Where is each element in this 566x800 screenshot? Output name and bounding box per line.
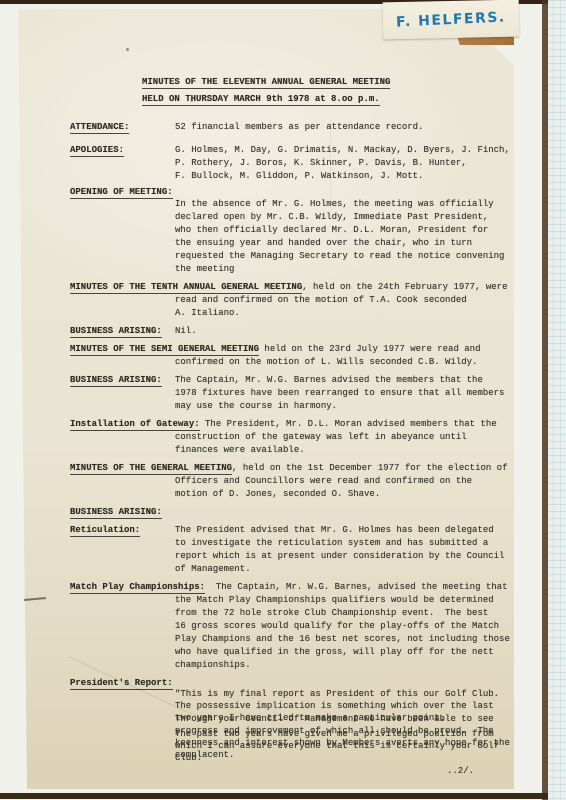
match-play-line: Play Champions and the 16 best net score… xyxy=(175,633,510,646)
apologies-line: F. Bullock, M. Gliddon, P. Watkinson, J.… xyxy=(175,170,423,183)
gateway-lead: Installation of Gateway: The President, … xyxy=(70,418,497,431)
reticulation-label: Reticulation: xyxy=(70,524,140,537)
report-para3-line: complacent. xyxy=(175,749,234,761)
business-arising-2-label: BUSINESS ARISING: xyxy=(70,374,162,387)
match-play-line: championships. xyxy=(175,659,251,672)
scanned-document-page: F. HELFERS. MINUTES OF THE ELEVENTH ANNU… xyxy=(0,0,566,800)
report-para1-line: The possessive implication is something … xyxy=(175,700,494,712)
doc-title-line-2: HELD ON THURSDAY MARCH 9th 1978 at 8.oo … xyxy=(142,93,380,106)
report-para3-line: keenness and interest shown by Members a… xyxy=(175,737,510,749)
apologies-line: P. Rothery, J. Boros, K. Skinner, P. Dav… xyxy=(175,157,467,170)
report-para3-line: progress and improvement of which all sh… xyxy=(175,725,494,737)
handwritten-name-text: F. HELFERS. xyxy=(396,9,506,30)
report-para1-line: "This is my final report as President of… xyxy=(175,688,499,700)
minutes-semi-line: confirmed on the motion of L. Wills seco… xyxy=(175,356,477,369)
scanner-background-strip xyxy=(546,0,566,800)
reticulation-line: report which is at present under conside… xyxy=(175,550,504,563)
match-play-line: from the 72 hole stroke Club Championshi… xyxy=(175,607,488,620)
report-para3-line: Through your Council of Management we ha… xyxy=(175,713,494,725)
minutes-semi-lead: MINUTES OF THE SEMI GENERAL MEETING held… xyxy=(70,343,480,356)
opening-line: declared open by Mr. C.B. Wildy, Immedia… xyxy=(175,211,488,224)
reticulation-line: to investigate the reticulation system a… xyxy=(175,537,488,550)
business-arising-2-line: 1978 fixtures have been rearranged to en… xyxy=(175,387,504,400)
minutes-general-line: Officers and Councillors were read and c… xyxy=(175,475,472,488)
gateway-line: construction of the gateway was left in … xyxy=(175,431,467,444)
opening-line: who then officially declared Mr. D.L. Mo… xyxy=(175,224,488,237)
reticulation-line: The President advised that Mr. G. Holmes… xyxy=(175,524,494,537)
match-play-lead: Match Play Championships: The Captain, M… xyxy=(70,581,507,594)
match-play-line: the Match Play Championships qualifiers … xyxy=(175,594,494,607)
business-arising-2-line: may use the course in harmony. xyxy=(175,400,337,413)
opening-line: In the absence of Mr. G. Holmes, the mee… xyxy=(175,198,494,211)
handwritten-name-label: F. HELFERS. xyxy=(383,0,520,39)
business-arising-2-line: The Captain, Mr. W.G. Barnes advised the… xyxy=(175,374,483,387)
mount-bottom-edge xyxy=(0,793,548,799)
minutes-tenth-line: read and confirmed on the motion of T.A.… xyxy=(175,294,467,307)
minutes-tenth-lead: MINUTES OF THE TENTH ANNUAL GENERAL MEET… xyxy=(70,281,507,294)
match-play-line: 16 gross scores would qualify for the pl… xyxy=(175,620,499,633)
minutes-general-line: motion of D. Jones, seconded O. Shave. xyxy=(175,488,380,501)
business-arising-3-heading: BUSINESS ARISING: xyxy=(70,506,162,519)
attendance-text: 52 financial members as per attendance r… xyxy=(175,121,423,134)
apologies-label: APOLOGIES: xyxy=(70,144,124,157)
minutes-tenth-line: A. Italiano. xyxy=(175,307,240,320)
business-arising-1-text: Nil. xyxy=(175,325,197,338)
minutes-general-lead: MINUTES OF THE GENERAL MEETING, held on … xyxy=(70,462,507,475)
doc-title-line-1: MINUTES OF THE ELEVENTH ANNUAL GENERAL M… xyxy=(142,76,390,89)
opening-line: the meeting xyxy=(175,263,234,276)
reticulation-line: of Management. xyxy=(175,563,251,576)
presidents-report-heading: President's Report: xyxy=(70,677,173,690)
apologies-line: G. Holmes, M. Day, G. Drimatis, N. Macka… xyxy=(175,144,510,157)
match-play-line: who have qualified in the gross, will pl… xyxy=(175,646,494,659)
paper-speck xyxy=(126,48,129,51)
mount-right-edge xyxy=(542,0,548,800)
business-arising-1-label: BUSINESS ARISING: xyxy=(70,325,162,338)
page-number: ..2/. xyxy=(447,765,474,778)
opening-line: requested the Managing Secretary to read… xyxy=(175,250,504,263)
attendance-label: ATTENDANCE: xyxy=(70,121,129,134)
opening-line: the ensuing year and handed over the cha… xyxy=(175,237,472,250)
opening-heading: OPENING OF MEETING: xyxy=(70,186,173,199)
gateway-line: finances were available. xyxy=(175,444,305,457)
